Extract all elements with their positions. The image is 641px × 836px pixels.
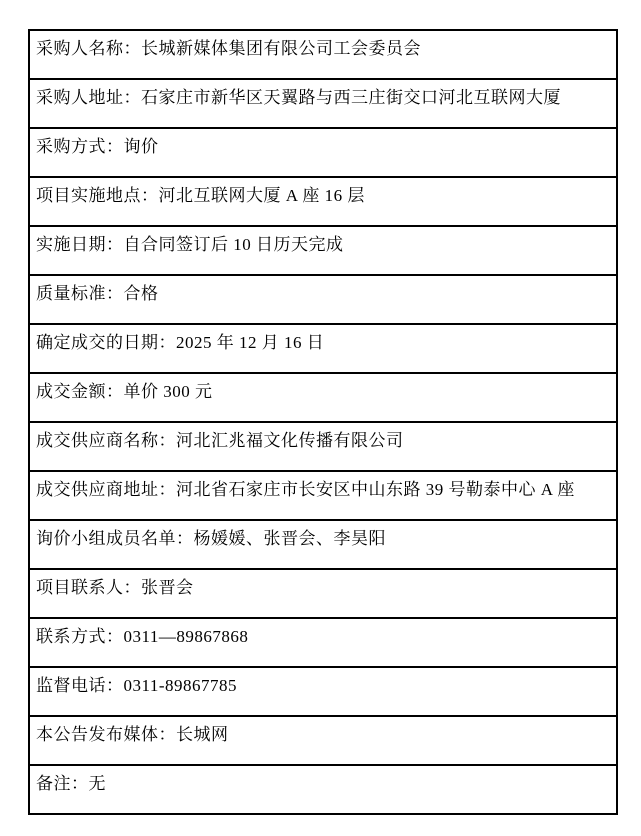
row-value: 2025 年 12 月 16 日 (176, 333, 324, 352)
table-row: 本公告发布媒体：长城网 (29, 716, 617, 765)
row-label: 项目联系人 (36, 578, 124, 597)
table-row: 项目实施地点：河北互联网大厦 A 座 16 层 (29, 177, 617, 226)
row-value: 河北汇兆福文化传播有限公司 (176, 431, 404, 450)
table-row: 项目联系人：张晋会 (29, 569, 617, 618)
table-row: 成交供应商名称：河北汇兆福文化传播有限公司 (29, 422, 617, 471)
label-separator: ： (106, 284, 124, 303)
label-separator: ： (176, 529, 194, 548)
label-separator: ： (106, 235, 124, 254)
table-cell-purchaser-name: 采购人名称：长城新媒体集团有限公司工会委员会 (29, 30, 617, 79)
table-row: 监督电话：0311-89867785 (29, 667, 617, 716)
table-cell-purchaser-address: 采购人地址：石家庄市新华区天翼路与西三庄街交口河北互联网大厦 (29, 79, 617, 128)
row-label: 本公告发布媒体 (36, 725, 159, 744)
row-label: 监督电话 (36, 676, 106, 695)
table-row: 成交供应商地址：河北省石家庄市长安区中山东路 39 号勒泰中心 A 座 (29, 471, 617, 520)
table-row: 确定成交的日期：2025 年 12 月 16 日 (29, 324, 617, 373)
table-cell-supplier-address: 成交供应商地址：河北省石家庄市长安区中山东路 39 号勒泰中心 A 座 (29, 471, 617, 520)
label-separator: ： (159, 431, 177, 450)
table-cell-remarks: 备注：无 (29, 765, 617, 814)
table-cell-publication-media: 本公告发布媒体：长城网 (29, 716, 617, 765)
label-separator: ： (71, 774, 89, 793)
table-row: 采购人地址：石家庄市新华区天翼路与西三庄街交口河北互联网大厦 (29, 79, 617, 128)
label-separator: ： (124, 39, 142, 58)
label-separator: ： (124, 578, 142, 597)
label-separator: ： (106, 137, 124, 156)
table-cell-supervision-phone: 监督电话：0311-89867785 (29, 667, 617, 716)
row-label: 采购人名称 (36, 39, 124, 58)
row-value: 河北互联网大厦 A 座 16 层 (159, 186, 365, 205)
row-label: 确定成交的日期 (36, 333, 159, 352)
row-label: 采购人地址 (36, 88, 124, 107)
label-separator: ： (106, 382, 124, 401)
label-separator: ： (159, 725, 177, 744)
table-cell-award-amount: 成交金额：单价 300 元 (29, 373, 617, 422)
row-label: 备注 (36, 774, 71, 793)
row-label: 成交金额 (36, 382, 106, 401)
row-label: 项目实施地点 (36, 186, 141, 205)
label-separator: ： (159, 480, 177, 499)
label-separator: ： (106, 627, 124, 646)
row-value: 长城新媒体集团有限公司工会委员会 (141, 39, 421, 58)
row-value: 0311-89867785 (124, 676, 238, 695)
label-separator: ： (124, 88, 142, 107)
row-value: 自合同签订后 10 日历天完成 (124, 235, 344, 254)
row-label: 采购方式 (36, 137, 106, 156)
row-label: 联系方式 (36, 627, 106, 646)
table-row: 实施日期：自合同签订后 10 日历天完成 (29, 226, 617, 275)
row-label: 实施日期 (36, 235, 106, 254)
table-row: 询价小组成员名单：杨媛媛、张晋会、李昊阳 (29, 520, 617, 569)
document-page: 采购人名称：长城新媒体集团有限公司工会委员会 采购人地址：石家庄市新华区天翼路与… (0, 0, 641, 836)
table-cell-inquiry-panel-members: 询价小组成员名单：杨媛媛、张晋会、李昊阳 (29, 520, 617, 569)
table-body: 采购人名称：长城新媒体集团有限公司工会委员会 采购人地址：石家庄市新华区天翼路与… (29, 30, 617, 814)
table-row: 质量标准：合格 (29, 275, 617, 324)
row-value: 询价 (124, 137, 159, 156)
row-value: 石家庄市新华区天翼路与西三庄街交口河北互联网大厦 (141, 88, 561, 107)
table-cell-supplier-name: 成交供应商名称：河北汇兆福文化传播有限公司 (29, 422, 617, 471)
table-row: 成交金额：单价 300 元 (29, 373, 617, 422)
table-cell-contact-phone: 联系方式：0311—89867868 (29, 618, 617, 667)
table-cell-project-contact: 项目联系人：张晋会 (29, 569, 617, 618)
table-cell-quality-standard: 质量标准：合格 (29, 275, 617, 324)
row-value: 单价 300 元 (124, 382, 213, 401)
table-cell-project-location: 项目实施地点：河北互联网大厦 A 座 16 层 (29, 177, 617, 226)
row-value: 0311—89867868 (124, 627, 249, 646)
table-row: 联系方式：0311—89867868 (29, 618, 617, 667)
row-label: 成交供应商地址 (36, 480, 159, 499)
row-label: 成交供应商名称 (36, 431, 159, 450)
table-row: 采购人名称：长城新媒体集团有限公司工会委员会 (29, 30, 617, 79)
row-label: 质量标准 (36, 284, 106, 303)
table-cell-award-date: 确定成交的日期：2025 年 12 月 16 日 (29, 324, 617, 373)
row-value: 杨媛媛、张晋会、李昊阳 (194, 529, 387, 548)
row-value: 张晋会 (141, 578, 194, 597)
label-separator: ： (159, 333, 177, 352)
label-separator: ： (106, 676, 124, 695)
row-value: 合格 (124, 284, 159, 303)
table-cell-implementation-date: 实施日期：自合同签订后 10 日历天完成 (29, 226, 617, 275)
label-separator: ： (141, 186, 159, 205)
table-row: 采购方式：询价 (29, 128, 617, 177)
row-value: 河北省石家庄市长安区中山东路 39 号勒泰中心 A 座 (176, 480, 575, 499)
row-value: 长城网 (176, 725, 229, 744)
table-row: 备注：无 (29, 765, 617, 814)
row-label: 询价小组成员名单 (36, 529, 176, 548)
procurement-announcement-table: 采购人名称：长城新媒体集团有限公司工会委员会 采购人地址：石家庄市新华区天翼路与… (28, 29, 618, 815)
table-cell-procurement-method: 采购方式：询价 (29, 128, 617, 177)
row-value: 无 (89, 774, 107, 793)
